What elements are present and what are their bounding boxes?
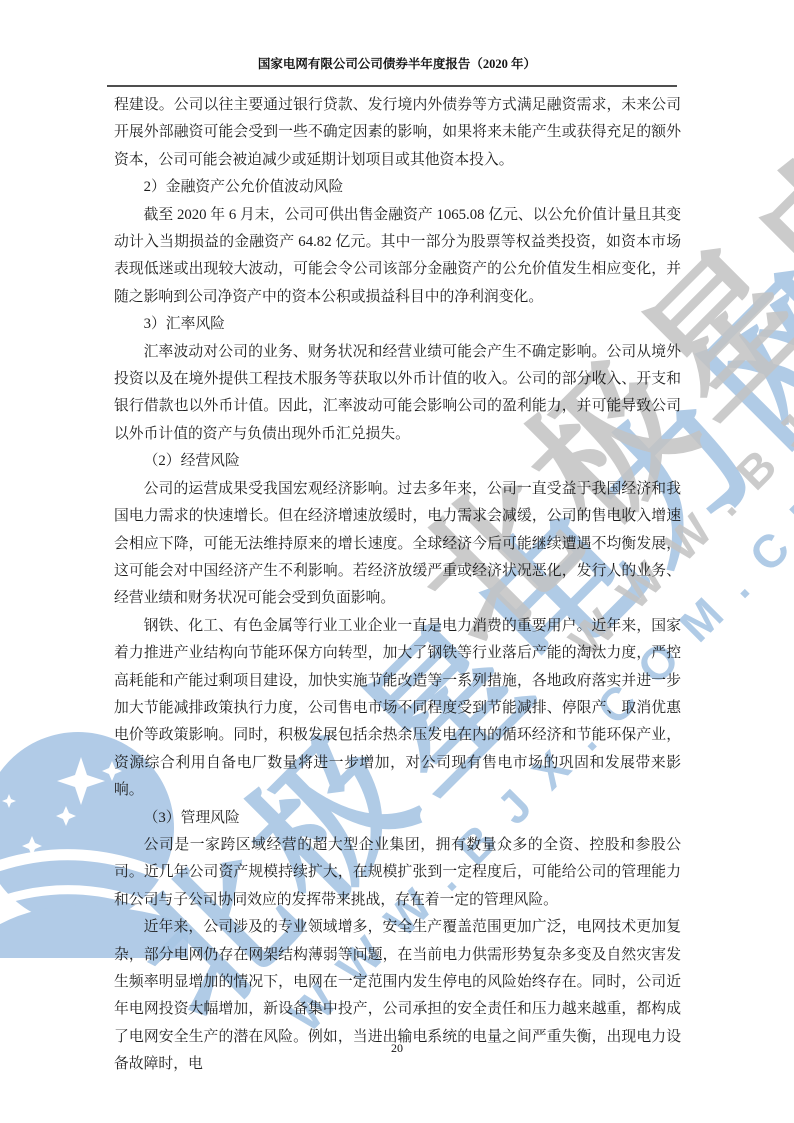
section-heading: （3）管理风险 [114,805,681,832]
header-rule [107,85,677,87]
section-heading: 2）金融资产公允价值波动风险 [114,174,681,201]
body-content: 程建设。公司以往主要通过银行贷款、发行境内外债券等方式满足融资需求，未来公司开展… [114,92,681,1079]
page-number: 20 [0,1041,794,1056]
paragraph: 公司的运营成果受我国宏观经济影响。过去多年来，公司一直受益于我国经济和我国电力需… [114,476,681,613]
paragraph: 截至 2020 年 6 月末，公司可供出售金融资产 1065.08 亿元、以公允… [114,202,681,312]
paragraph: 钢铁、化工、有色金属等行业工业企业一直是电力消费的重要用户。近年来，国家着力推进… [114,613,681,805]
paragraph: 汇率波动对公司的业务、财务状况和经营业绩可能会产生不确定影响。公司从境外投资以及… [114,339,681,449]
report-header-title: 国家电网有限公司公司债券半年度报告（2020 年） [0,54,794,72]
paragraph-continued: 程建设。公司以往主要通过银行贷款、发行境内外债券等方式满足融资需求，未来公司开展… [114,92,681,174]
section-heading: （2）经营风险 [114,448,681,475]
paragraph: 公司是一家跨区域经营的超大型企业集团，拥有数量众多的全资、控股和参股公司。近几年… [114,832,681,914]
document-page: 北极星电力网 WWW.BJX.COM.CN 北极星电力网 WWW.BJX.COM… [0,0,794,1123]
section-heading: 3）汇率风险 [114,311,681,338]
